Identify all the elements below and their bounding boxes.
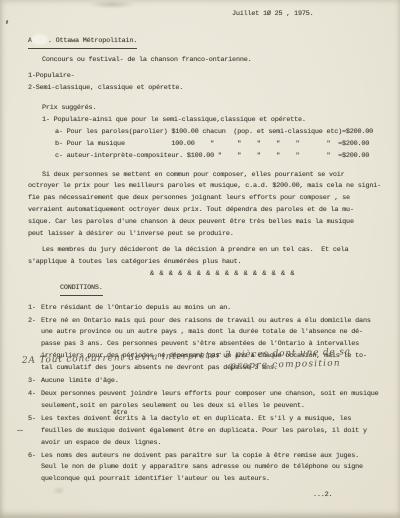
condition-line: une autre province ou un autre pays , ma… (41, 327, 371, 339)
stray-pen-mark (6, 20, 9, 24)
condition-line: passe pas 3 ans. Ces personnes peuvent s… (41, 339, 371, 351)
condition-item-1: 1- Etre résidant de l'Ontario depuis au … (28, 303, 390, 315)
ampersand-separator: & & & & & & & & & & & & & & & & (150, 269, 390, 281)
paragraph-line: Si deux personnes se mettent en commun p… (28, 170, 390, 182)
subtitle: Concours ou festival- de la chanson fran… (42, 55, 390, 67)
conditions-heading: CONDITIONS. (60, 283, 103, 296)
paragraph-jury: Les membres du jury décideront de la déc… (28, 245, 390, 269)
white-out-blob (32, 35, 47, 44)
paragraph-line: s'applique à toutes les catégories énumé… (28, 257, 390, 269)
condition-line: Aucune limite d'âge. (41, 376, 119, 388)
condition-line: quelconque qui pourrait identifier l'aut… (41, 474, 363, 486)
category-item-2: 2-Semi-classique, classique et opérette. (28, 83, 390, 95)
prize-item-c: c- auteur-interprète-compositeur. $100.0… (55, 151, 390, 163)
prizes-intro: 1- Populaire-ainsi que pour le semi-clas… (42, 115, 390, 127)
category-list: 1-Populaire- 2-Semi-classique, classique… (28, 71, 390, 95)
category-item-1: 1-Populaire- (28, 71, 390, 83)
condition-number: 6- (28, 451, 41, 487)
paragraph-line: fie pas nécessairement que deux personne… (28, 193, 390, 205)
document-title: A. Ottawa Métropolitain. (28, 36, 137, 49)
prize-items: a- Pour les paroles(parolier) $100.00 ch… (55, 127, 390, 163)
paragraph-line: octroyer le prix pour les meilleurs paro… (28, 181, 390, 193)
condition-item-3: 3- Aucune limite d'âge. (28, 376, 390, 388)
condition-line: Seul le non de plume doit y apparaître s… (41, 462, 363, 474)
smudge-mark-bottom (52, 486, 66, 495)
condition-item-6: 6- Les noms des auteurs ne doivent pas p… (28, 451, 390, 487)
page-number-marker: ...2. (313, 490, 390, 502)
condition-line: Etre né en Ontario mais qui pour des rai… (41, 316, 371, 328)
typed-insertion-note: être (113, 407, 127, 419)
smudge-mark (88, 0, 136, 9)
prize-item-b: b- Pour la musique 100.00 " " " " " " =$… (55, 139, 390, 151)
date-line: Juillet 1Ø 25 , 1975. (232, 9, 390, 21)
paragraph-line: Les membres du jury décideront de la déc… (28, 245, 390, 257)
condition-line: feuilles de musique doivent également êt… (41, 426, 367, 438)
condition-number: 5- (28, 414, 41, 450)
condition-item-2: 2- Etre né en Ontario mais qui pour des … (28, 316, 390, 376)
paragraph-line: peut laisser à désirer ou l'inverse peut… (28, 229, 390, 241)
condition-line: Etre résidant de l'Ontario depuis au moi… (41, 303, 231, 315)
condition-line: avoir un espace de deux lignes. (41, 438, 367, 450)
stray-dash-mark (17, 430, 23, 431)
prize-item-a: a- Pour les paroles(parolier) $100.00 ch… (55, 127, 390, 139)
condition-line: Les textes doivent écrits à la dactylo e… (41, 414, 367, 426)
condition-number: 4- (28, 389, 41, 413)
condition-number: 1- (28, 303, 41, 315)
condition-line: Les noms des auteurs ne doivent pas para… (41, 451, 363, 463)
prizes-heading: Prix suggérés. (42, 103, 390, 115)
scanned-document-page: Juillet 1Ø 25 , 1975. A. Ottawa Métropol… (0, 0, 400, 518)
condition-line: tal cumulatif des jours absents ne devro… (41, 363, 371, 375)
conditions-list: 1- Etre résidant de l'Ontario depuis au … (28, 303, 390, 487)
condition-number: 3- (28, 376, 41, 388)
condition-number: 2- (28, 316, 41, 376)
paragraph-shared-prize: Si deux personnes se mettent en commun p… (28, 170, 390, 241)
condition-item-4: 4- Deux personnes peuvent joindre leurs … (28, 389, 390, 413)
paragraph-line: verraient automatiquement octroyer deux … (28, 205, 390, 217)
title-text: . Ottawa Métropolitain. (48, 37, 137, 45)
paragraph-line: sique. Car les paroles d'une chanson à d… (28, 217, 390, 229)
condition-item-5: 5- être Les textes doivent écrits à la d… (28, 414, 390, 450)
condition-line: irréguliers pour des périodes ne dépassa… (41, 351, 371, 363)
condition-line: Deux personnes peuvent joindre leurs eff… (41, 389, 378, 401)
condition-line: seulement,soit en paroles seulement ou l… (41, 401, 378, 413)
